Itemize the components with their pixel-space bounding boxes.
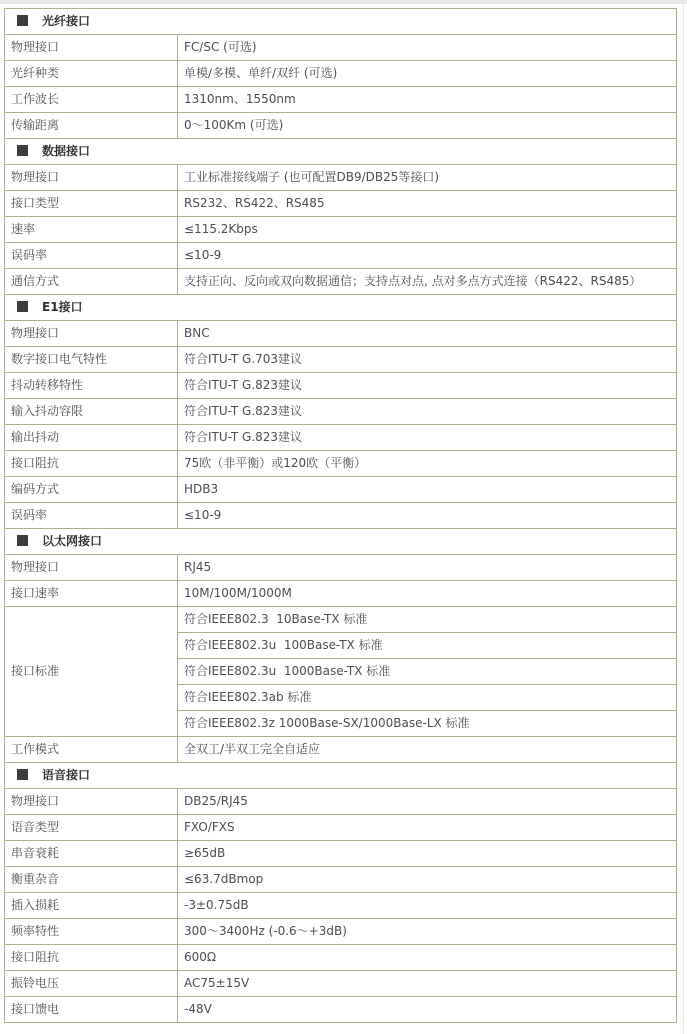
spec-label: 物理接口 [5, 321, 178, 347]
spec-row: 数字接口电气特性符合ITU-T G.703建议 [5, 347, 677, 373]
black-square-icon [17, 145, 28, 156]
spec-row: 工作波长1310nm、1550nm [5, 87, 677, 113]
spec-value: FC/SC (可选) [178, 35, 677, 61]
section-header-cell: 数据接口 [5, 139, 677, 165]
spec-row: 物理接口BNC [5, 321, 677, 347]
spec-value: 10M/100M/1000M [178, 581, 677, 607]
section-header-cell: 以太网接口 [5, 529, 677, 555]
spec-label: 衡重杂音 [5, 867, 178, 893]
spec-value: 符合ITU-T G.823建议 [178, 373, 677, 399]
section-header-row: 光纤接口 [5, 9, 677, 35]
spec-value: RJ45 [178, 555, 677, 581]
spec-row: 接口馈电-48V [5, 997, 677, 1023]
spec-value: 单模/多模、单纤/双纤 (可选) [178, 61, 677, 87]
spec-row: 物理接口工业标准接线端子 (也可配置DB9/DB25等接口) [5, 165, 677, 191]
section-header-row: 数据接口 [5, 139, 677, 165]
spec-row: 接口类型RS232、RS422、RS485 [5, 191, 677, 217]
spec-value: HDB3 [178, 477, 677, 503]
spec-row: 插入损耗-3±0.75dB [5, 893, 677, 919]
spec-table: 光纤接口物理接口FC/SC (可选)光纤种类单模/多模、单纤/双纤 (可选)工作… [4, 8, 677, 1023]
black-square-icon [17, 301, 28, 312]
spec-label: 工作模式 [5, 737, 178, 763]
spec-value: 符合IEEE802.3u 100Base-TX 标准 [178, 633, 677, 659]
section-title: 光纤接口 [42, 14, 90, 28]
spec-value: DB25/RJ45 [178, 789, 677, 815]
spec-label: 接口速率 [5, 581, 178, 607]
spec-label: 输入抖动容限 [5, 399, 178, 425]
spec-value: 75欧（非平衡）或120欧（平衡） [178, 451, 677, 477]
spec-row: 误码率≤10-9 [5, 503, 677, 529]
spec-label: 通信方式 [5, 269, 178, 295]
spec-row: 物理接口FC/SC (可选) [5, 35, 677, 61]
spec-row: 物理接口DB25/RJ45 [5, 789, 677, 815]
spec-label: 物理接口 [5, 555, 178, 581]
spec-value: 符合IEEE802.3 10Base-TX 标准 [178, 607, 677, 633]
spec-row: 接口速率10M/100M/1000M [5, 581, 677, 607]
spec-label: 接口阻抗 [5, 945, 178, 971]
spec-value: 300～3400Hz (-0.6～+3dB) [178, 919, 677, 945]
section-header-cell: E1接口 [5, 295, 677, 321]
spec-label: 接口馈电 [5, 997, 178, 1023]
spec-value: 工业标准接线端子 (也可配置DB9/DB25等接口) [178, 165, 677, 191]
spec-label: 工作波长 [5, 87, 178, 113]
section-title: E1接口 [42, 300, 83, 314]
spec-row: 串音衰耗≥65dB [5, 841, 677, 867]
spec-row: 衡重杂音≤63.7dBmop [5, 867, 677, 893]
section-title: 语音接口 [42, 768, 90, 782]
spec-row: 接口标准符合IEEE802.3 10Base-TX 标准 [5, 607, 677, 633]
spec-value: FXO/FXS [178, 815, 677, 841]
spec-label: 频率特性 [5, 919, 178, 945]
spec-value: 符合ITU-T G.823建议 [178, 425, 677, 451]
spec-value: ≤63.7dBmop [178, 867, 677, 893]
spec-row: 接口阻抗600Ω [5, 945, 677, 971]
spec-row: 语音类型FXO/FXS [5, 815, 677, 841]
spec-label: 光纤种类 [5, 61, 178, 87]
spec-label: 物理接口 [5, 789, 178, 815]
spec-value: 0～100Km (可选) [178, 113, 677, 139]
spec-label: 输出抖动 [5, 425, 178, 451]
spec-row: 编码方式HDB3 [5, 477, 677, 503]
spec-label: 抖动转移特性 [5, 373, 178, 399]
spec-label: 编码方式 [5, 477, 178, 503]
spec-value: 符合IEEE802.3u 1000Base-TX 标准 [178, 659, 677, 685]
spec-row: 输出抖动符合ITU-T G.823建议 [5, 425, 677, 451]
section-title: 以太网接口 [42, 534, 102, 548]
black-square-icon [17, 769, 28, 780]
page-top-strip [0, 0, 687, 4]
spec-value: 全双工/半双工完全自适应 [178, 737, 677, 763]
spec-value: AC75±15V [178, 971, 677, 997]
spec-value: 符合IEEE802.3z 1000Base-SX/1000Base-LX 标准 [178, 711, 677, 737]
spec-value: BNC [178, 321, 677, 347]
spec-value: -48V [178, 997, 677, 1023]
section-title: 数据接口 [42, 144, 90, 158]
spec-value: RS232、RS422、RS485 [178, 191, 677, 217]
spec-value: ≤10-9 [178, 243, 677, 269]
spec-label: 接口阻抗 [5, 451, 178, 477]
page-right-edge-line [683, 0, 684, 1034]
spec-value: 符合IEEE802.3ab 标准 [178, 685, 677, 711]
spec-label: 物理接口 [5, 165, 178, 191]
spec-label: 物理接口 [5, 35, 178, 61]
spec-value: ≤115.2Kbps [178, 217, 677, 243]
spec-value: ≥65dB [178, 841, 677, 867]
spec-row: 物理接口RJ45 [5, 555, 677, 581]
spec-label: 插入损耗 [5, 893, 178, 919]
black-square-icon [17, 535, 28, 546]
spec-value: 符合ITU-T G.823建议 [178, 399, 677, 425]
spec-value: 支持正向、反向或双向数据通信；支持点对点, 点对多点方式连接（RS422、RS4… [178, 269, 677, 295]
spec-label: 接口标准 [5, 607, 178, 737]
section-header-row: 以太网接口 [5, 529, 677, 555]
spec-label: 误码率 [5, 243, 178, 269]
spec-label: 接口类型 [5, 191, 178, 217]
spec-value: ≤10-9 [178, 503, 677, 529]
spec-value: 符合ITU-T G.703建议 [178, 347, 677, 373]
spec-row: 频率特性300～3400Hz (-0.6～+3dB) [5, 919, 677, 945]
spec-label: 串音衰耗 [5, 841, 178, 867]
section-header-cell: 语音接口 [5, 763, 677, 789]
section-header-row: E1接口 [5, 295, 677, 321]
spec-row: 工作模式全双工/半双工完全自适应 [5, 737, 677, 763]
spec-row: 输入抖动容限符合ITU-T G.823建议 [5, 399, 677, 425]
section-header-row: 语音接口 [5, 763, 677, 789]
spec-value: 600Ω [178, 945, 677, 971]
spec-row: 振铃电压AC75±15V [5, 971, 677, 997]
spec-row: 接口阻抗75欧（非平衡）或120欧（平衡） [5, 451, 677, 477]
spec-table-body: 光纤接口物理接口FC/SC (可选)光纤种类单模/多模、单纤/双纤 (可选)工作… [5, 9, 677, 1023]
spec-row: 误码率≤10-9 [5, 243, 677, 269]
spec-label: 传输距离 [5, 113, 178, 139]
spec-value: 1310nm、1550nm [178, 87, 677, 113]
spec-label: 速率 [5, 217, 178, 243]
spec-label: 振铃电压 [5, 971, 178, 997]
spec-label: 语音类型 [5, 815, 178, 841]
spec-row: 光纤种类单模/多模、单纤/双纤 (可选) [5, 61, 677, 87]
spec-row: 传输距离0～100Km (可选) [5, 113, 677, 139]
section-header-cell: 光纤接口 [5, 9, 677, 35]
spec-row: 速率≤115.2Kbps [5, 217, 677, 243]
spec-label: 误码率 [5, 503, 178, 529]
black-square-icon [17, 15, 28, 26]
spec-label: 数字接口电气特性 [5, 347, 178, 373]
spec-value: -3±0.75dB [178, 893, 677, 919]
spec-row: 通信方式支持正向、反向或双向数据通信；支持点对点, 点对多点方式连接（RS422… [5, 269, 677, 295]
spec-row: 抖动转移特性符合ITU-T G.823建议 [5, 373, 677, 399]
